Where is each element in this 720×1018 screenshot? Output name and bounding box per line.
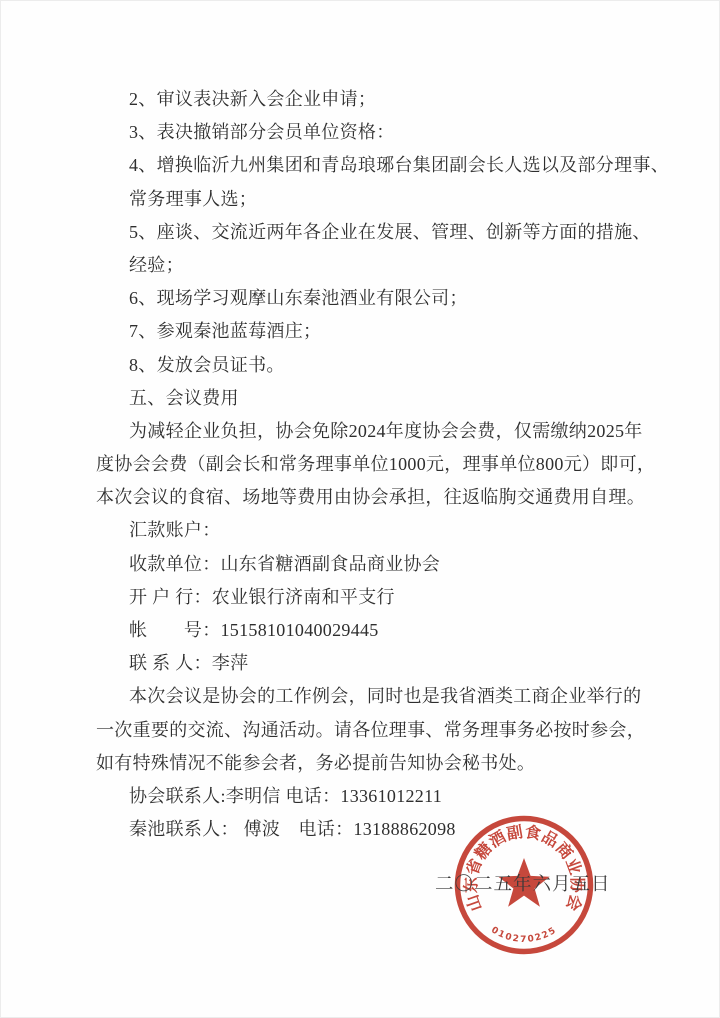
text-line: 度协会会费（副会长和常务理事单位1000元，理事单位800元）即可， [96,448,656,481]
text-line: 5、座谈、交流近两年各企业在发展、管理、创新等方面的措施、 [96,216,656,249]
text-line: 收款单位：山东省糖酒副食品商业协会 [96,548,656,581]
text-line: 8、发放会员证书。 [96,349,656,382]
text-line: 五、会议费用 [96,382,656,415]
document-page: 2、审议表决新入会企业申请；3、表决撤销部分会员单位资格：4、增换临沂九州集团和… [0,0,720,1018]
text-line: 为减轻企业负担，协会免除2024年度协会会费，仅需缴纳2025年 [96,415,656,448]
text-line: 汇款账户： [96,514,656,547]
text-line: 6、现场学习观摩山东秦池酒业有限公司； [96,282,656,315]
text-line: 常务理事人选； [96,183,656,216]
text-line: 一次重要的交流、沟通活动。请各位理事、常务理事务必按时参会， [96,714,656,747]
text-line: 联 系 人：李萍 [96,647,656,680]
text-line: 经验； [96,249,656,282]
date-line: 二〇二五年六月五日 [435,870,611,896]
text-line: 本次会议是协会的工作例会，同时也是我省酒类工商企业举行的 [96,680,656,713]
text-line: 4、增换临沂九州集团和青岛琅琊台集团副会长人选以及部分理事、 [96,149,656,182]
text-line: 帐 号：15158101040029445 [96,614,656,647]
text-line: 如有特殊情况不能参会者，务必提前告知协会秘书处。 [96,747,656,780]
text-line: 协会联系人:李明信 电话：13361012211 [96,780,656,813]
text-line: 3、表决撤销部分会员单位资格： [96,116,656,149]
text-line: 本次会议的食宿、场地等费用由协会承担，往返临朐交通费用自理。 [96,481,656,514]
text-line: 开 户 行：农业银行济南和平支行 [96,581,656,614]
document-body: 2、审议表决新入会企业申请；3、表决撤销部分会员单位资格：4、增换临沂九州集团和… [96,83,656,846]
text-line: 7、参观秦池蓝莓酒庄； [96,315,656,348]
text-line: 2、审议表决新入会企业申请； [96,83,656,116]
